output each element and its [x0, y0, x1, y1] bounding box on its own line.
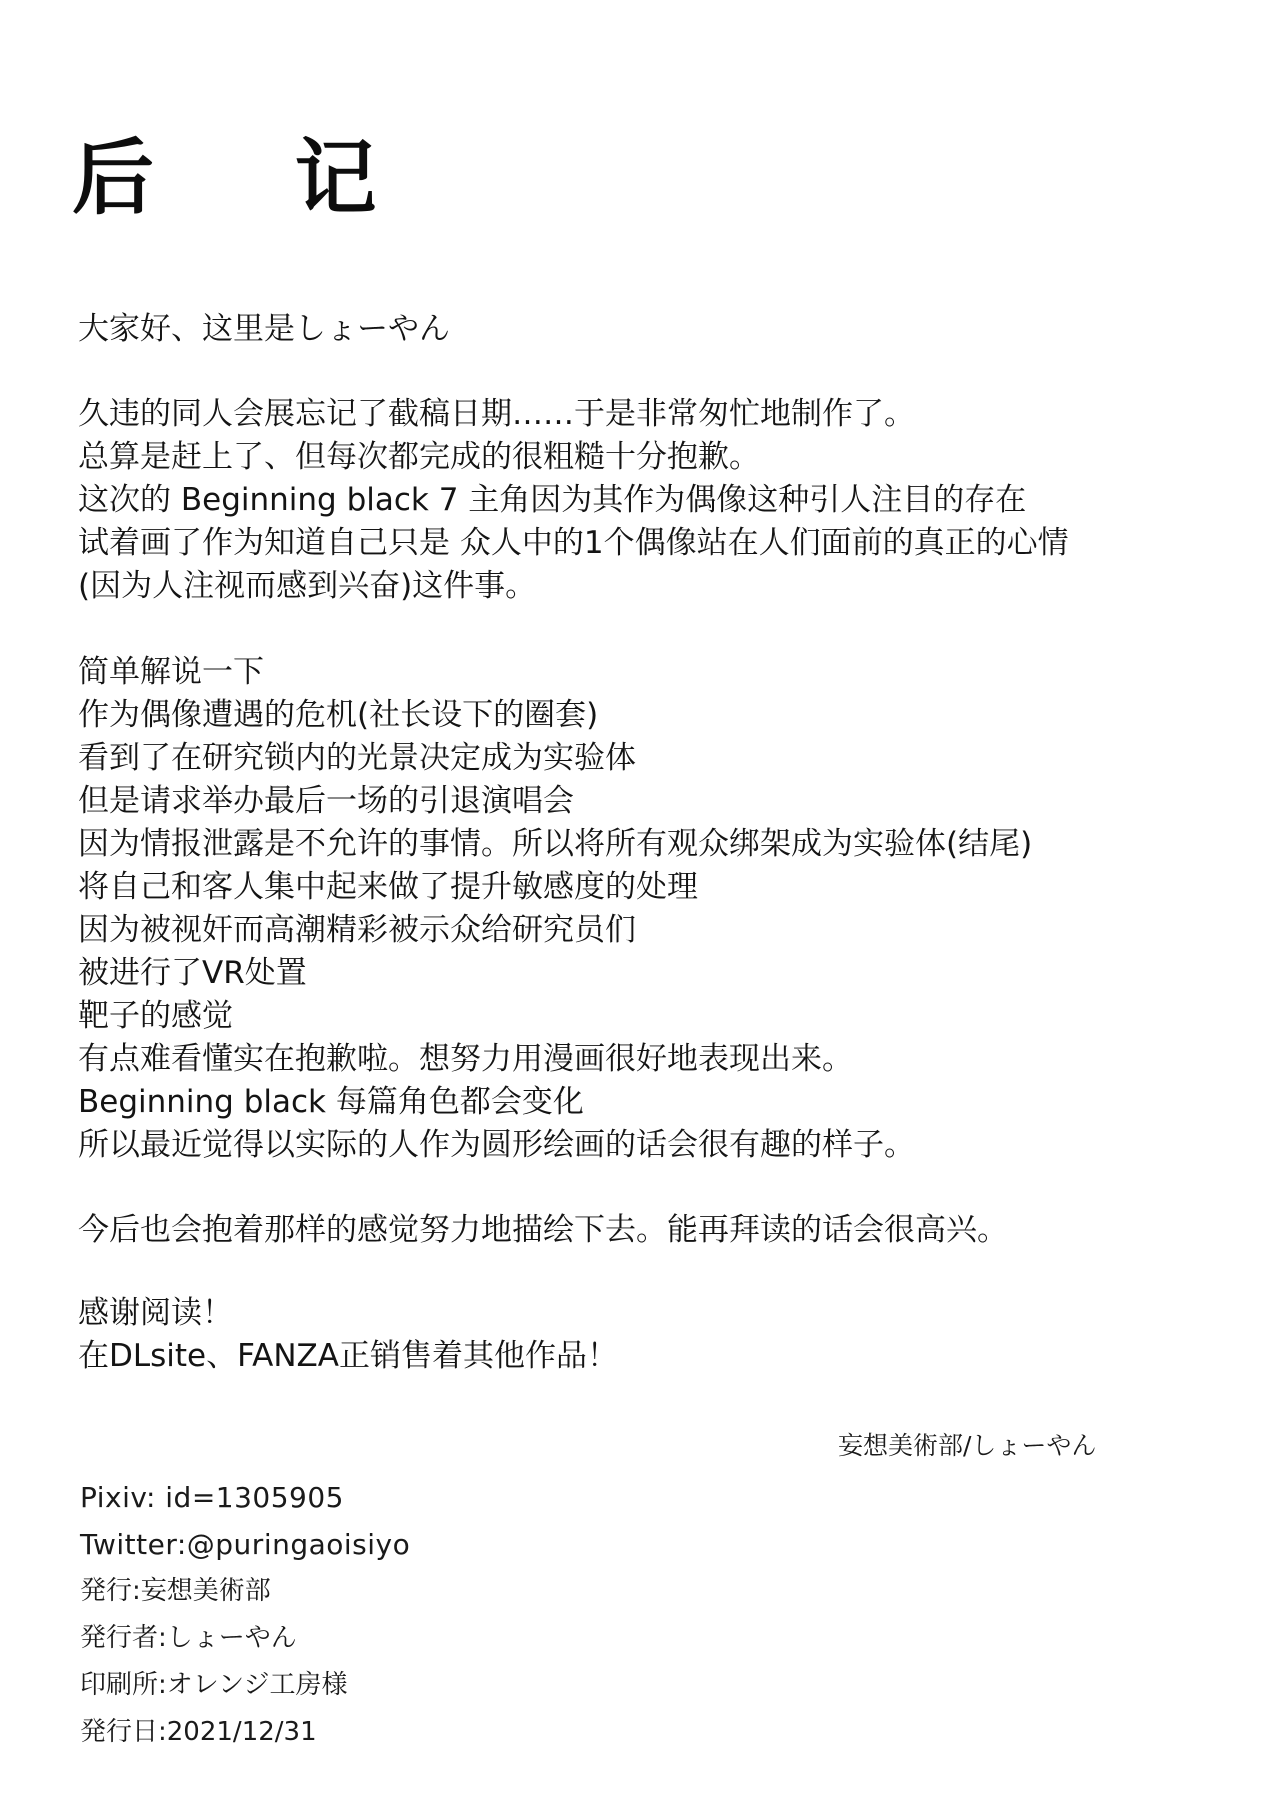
- issuer: 発行者:しょーやん: [80, 1615, 410, 1662]
- text-line: 有点难看懂实在抱歉啦。想努力用漫画很好地表现出来。: [78, 1038, 1032, 1081]
- paragraph-closing: 今后也会抱着那样的感觉努力地描绘下去。能再拜读的话会很高兴。: [78, 1209, 1008, 1252]
- text-line: 被进行了VR处置: [78, 952, 1032, 995]
- page-title: 后 记: [72, 138, 433, 220]
- text-line: 所以最近觉得以实际的人作为圆形绘画的话会很有趣的样子。: [78, 1124, 1032, 1167]
- publish-date: 発行日:2021/12/31: [80, 1709, 410, 1756]
- text-line: (因为人注视而感到兴奋)这件事。: [78, 565, 1069, 608]
- text-line: 这次的 Beginning black 7 主角因为其作为偶像这种引人注目的存在: [78, 479, 1069, 522]
- publisher: 発行:妄想美術部: [80, 1568, 410, 1615]
- text-line: 作为偶像遭遇的危机(社长设下的圈套): [78, 694, 1032, 737]
- text-line: 久违的同人会展忘记了截稿日期……于是非常匆忙地制作了。: [78, 393, 1069, 436]
- text-line: 试着画了作为知道自己只是 众人中的1个偶像站在人们面前的真正的心情: [78, 522, 1069, 565]
- text-line: 总算是赶上了、但每次都完成的很粗糙十分抱歉。: [78, 436, 1069, 479]
- pixiv-id: Pixiv: id=1305905: [80, 1474, 410, 1521]
- greeting-line: 大家好、这里是しょーやん: [78, 308, 450, 351]
- text-line: 靶子的感觉: [78, 995, 1032, 1038]
- printer: 印刷所:オレンジ工房様: [80, 1662, 410, 1709]
- text-line: 因为被视奸而高潮精彩被示众给研究员们: [78, 909, 1032, 952]
- text-line: 在DLsite、FANZA正销售着其他作品！: [78, 1335, 618, 1378]
- text-line: Beginning black 每篇角色都会变化: [78, 1081, 1032, 1124]
- text-line: 将自己和客人集中起来做了提升敏感度的处理: [78, 866, 1032, 909]
- text-line: 因为情报泄露是不允许的事情。所以将所有观众绑架成为实验体(结尾): [78, 823, 1032, 866]
- text-line: 但是请求举办最后一场的引退演唱会: [78, 780, 1032, 823]
- twitter-handle: Twitter:@puringaoisiyo: [80, 1521, 410, 1568]
- paragraph-thanks: 感谢阅读！ 在DLsite、FANZA正销售着其他作品！: [78, 1292, 618, 1378]
- paragraph-intro: 久违的同人会展忘记了截稿日期……于是非常匆忙地制作了。 总算是赶上了、但每次都完…: [78, 393, 1069, 608]
- greeting: 大家好、这里是しょーやん: [78, 308, 450, 351]
- text-line: 看到了在研究锁内的光景决定成为实验体: [78, 737, 1032, 780]
- colophon: Pixiv: id=1305905 Twitter:@puringaoisiyo…: [80, 1474, 410, 1756]
- afterword-page: 后 记 大家好、这里是しょーやん 久违的同人会展忘记了截稿日期……于是非常匆忙地…: [0, 0, 1280, 1807]
- text-line: 感谢阅读！: [78, 1292, 618, 1335]
- text-line: 今后也会抱着那样的感觉努力地描绘下去。能再拜读的话会很高兴。: [78, 1209, 1008, 1252]
- text-line: 简单解说一下: [78, 651, 1032, 694]
- paragraph-summary: 简单解说一下 作为偶像遭遇的危机(社长设下的圈套) 看到了在研究锁内的光景决定成…: [78, 651, 1032, 1167]
- author-signature: 妄想美術部/しょーやん: [838, 1430, 1096, 1462]
